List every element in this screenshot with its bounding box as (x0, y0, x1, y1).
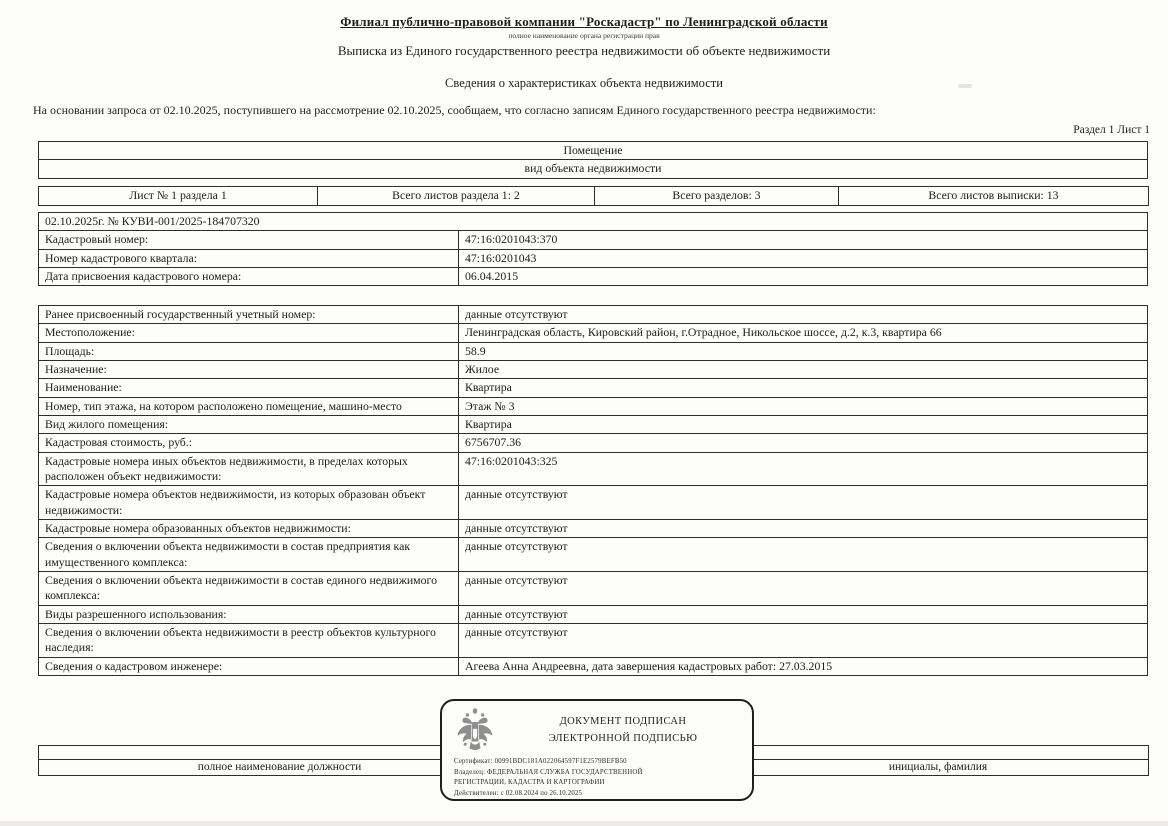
table-row: Сведения о включении объекта недвижимост… (39, 623, 1148, 657)
table-row: Местоположение:Ленинградская область, Ки… (39, 324, 1148, 342)
row-label: Кадастровые номера объектов недвижимости… (39, 486, 459, 520)
table-row: Номер, тип этажа, на котором расположено… (39, 397, 1148, 415)
row-value: Квартира (459, 415, 1148, 433)
stamp-validity: Действителен: с 02.08.2024 по 26.10.2025 (454, 789, 742, 800)
table-row: Сведения о включении объекта недвижимост… (39, 538, 1148, 572)
row-value: данные отсутствуют (459, 605, 1148, 623)
stamp-header: ДОКУМЕНТ ПОДПИСАН ЭЛЕКТРОННОЙ ПОДПИСЬЮ (454, 708, 742, 754)
row-label: Сведения о включении объекта недвижимост… (39, 623, 459, 657)
section-title: Сведения о характеристиках объекта недви… (0, 76, 1168, 91)
table-row: 02.10.2025г. № КУВИ-001/2025-184707320 (39, 213, 1148, 231)
row-label: Кадастровый номер: (39, 231, 459, 249)
stamp-details: Сертификат: 00991BDC181A022064597F1E2579… (454, 757, 742, 799)
stamp-title-line1: ДОКУМЕНТ ПОДПИСАН (504, 714, 742, 731)
table-row: вид объекта недвижимости (39, 160, 1148, 178)
table-row: Дата присвоения кадастрового номера:06.0… (39, 267, 1148, 285)
table-row: Кадастровые номера образованных объектов… (39, 519, 1148, 537)
document-header: Филиал публично-правовой компании "Роска… (0, 14, 1168, 59)
stamp-owner-line2: РЕГИСТРАЦИИ, КАДАСТРА И КАРТОГРАФИИ (454, 778, 742, 789)
table-row: Номер кадастрового квартала:47:16:020104… (39, 249, 1148, 267)
stamp-title: ДОКУМЕНТ ПОДПИСАН ЭЛЕКТРОННОЙ ПОДПИСЬЮ (504, 714, 742, 748)
table-row: Помещение (39, 142, 1148, 160)
request-number: 02.10.2025г. № КУВИ-001/2025-184707320 (39, 213, 1148, 231)
stamp-owner-line1: Владелец: ФЕДЕРАЛЬНАЯ СЛУЖБА ГОСУДАРСТВЕ… (454, 768, 742, 779)
table-row: Кадастровые номера иных объектов недвижи… (39, 452, 1148, 486)
cadastral-table: 02.10.2025г. № КУВИ-001/2025-184707320 К… (38, 212, 1148, 286)
signature-cell-empty (728, 746, 1149, 760)
row-value: данные отсутствуют (459, 538, 1148, 572)
row-value: Квартира (459, 379, 1148, 397)
table-row: Кадастровый номер:47:16:0201043:370 (39, 231, 1148, 249)
row-label: Местоположение: (39, 324, 459, 342)
sheet-info-cell: Всего разделов: 3 (595, 187, 839, 206)
row-value: 6756707.36 (459, 434, 1148, 452)
object-type-value: Помещение (39, 142, 1148, 160)
table-row: Кадастровая стоимость, руб.:6756707.36 (39, 434, 1148, 452)
table-row: Кадастровые номера объектов недвижимости… (39, 486, 1148, 520)
row-value: Ленинградская область, Кировский район, … (459, 324, 1148, 342)
request-line: На основании запроса от 02.10.2025, пост… (33, 103, 1150, 118)
table-row: Сведения о кадастровом инженере:Агеева А… (39, 657, 1148, 675)
row-value: 47:16:0201043:370 (459, 231, 1148, 249)
sheet-info-row: Лист № 1 раздела 1Всего листов раздела 1… (39, 187, 1149, 206)
stamp-certificate: Сертификат: 00991BDC181A022064597F1E2579… (454, 757, 742, 768)
row-value: данные отсутствуют (459, 486, 1148, 520)
row-value: данные отсутствуют (459, 519, 1148, 537)
row-label: Номер, тип этажа, на котором расположено… (39, 397, 459, 415)
double-eagle-emblem-icon (454, 708, 496, 754)
row-label: Виды разрешенного использования: (39, 605, 459, 623)
row-label: Ранее присвоенный государственный учетны… (39, 306, 459, 324)
object-type-caption: вид объекта недвижимости (39, 160, 1148, 178)
table-row: Наименование:Квартира (39, 379, 1148, 397)
row-value: 06.04.2015 (459, 267, 1148, 285)
row-label: Площадь: (39, 342, 459, 360)
table-row: Виды разрешенного использования:данные о… (39, 605, 1148, 623)
row-label: Наименование: (39, 379, 459, 397)
row-value: 47:16:0201043 (459, 249, 1148, 267)
row-label: Сведения о кадастровом инженере: (39, 657, 459, 675)
row-value: 47:16:0201043:325 (459, 452, 1148, 486)
object-type-table: Помещение вид объекта недвижимости (38, 141, 1148, 179)
sheet-info-cell: Всего листов раздела 1: 2 (318, 187, 595, 206)
digital-signature-stamp: ДОКУМЕНТ ПОДПИСАН ЭЛЕКТРОННОЙ ПОДПИСЬЮ С… (440, 699, 754, 801)
row-label: Вид жилого помещения: (39, 415, 459, 433)
name-caption: инициалы, фамилия (728, 760, 1149, 776)
row-value: данные отсутствуют (459, 571, 1148, 605)
scan-artifact (958, 84, 972, 88)
row-value: Этаж № 3 (459, 397, 1148, 415)
sheet-info-cell: Всего листов выписки: 13 (839, 187, 1149, 206)
sheet-info-cell: Лист № 1 раздела 1 (39, 187, 318, 206)
row-label: Сведения о включении объекта недвижимост… (39, 538, 459, 572)
row-label: Номер кадастрового квартала: (39, 249, 459, 267)
row-value: Агеева Анна Андреевна, дата завершения к… (459, 657, 1148, 675)
row-value: Жилое (459, 360, 1148, 378)
row-value: 58.9 (459, 342, 1148, 360)
row-value: данные отсутствуют (459, 623, 1148, 657)
org-subtitle: полное наименование органа регистрации п… (0, 31, 1168, 40)
table-row: Вид жилого помещения:Квартира (39, 415, 1148, 433)
doc-title: Выписка из Единого государственного реес… (0, 43, 1168, 59)
row-value: данные отсутствуют (459, 306, 1148, 324)
row-label: Назначение: (39, 360, 459, 378)
characteristics-table: Ранее присвоенный государственный учетны… (38, 305, 1148, 676)
table-row: Назначение:Жилое (39, 360, 1148, 378)
row-label: Сведения о включении объекта недвижимост… (39, 571, 459, 605)
page-marker: Раздел 1 Лист 1 (1073, 124, 1150, 136)
sheet-info-table: Лист № 1 раздела 1Всего листов раздела 1… (38, 186, 1149, 206)
scan-edge-shadow (0, 821, 1168, 826)
row-label: Дата присвоения кадастрового номера: (39, 267, 459, 285)
table-row: Ранее присвоенный государственный учетны… (39, 306, 1148, 324)
table-row: Сведения о включении объекта недвижимост… (39, 571, 1148, 605)
row-label: Кадастровые номера образованных объектов… (39, 519, 459, 537)
org-title: Филиал публично-правовой компании "Роска… (0, 14, 1168, 30)
stamp-title-line2: ЭЛЕКТРОННОЙ ПОДПИСЬЮ (504, 731, 742, 748)
row-label: Кадастровые номера иных объектов недвижи… (39, 452, 459, 486)
table-row: Площадь:58.9 (39, 342, 1148, 360)
document-page: Филиал публично-правовой компании "Роска… (0, 0, 1168, 826)
row-label: Кадастровая стоимость, руб.: (39, 434, 459, 452)
